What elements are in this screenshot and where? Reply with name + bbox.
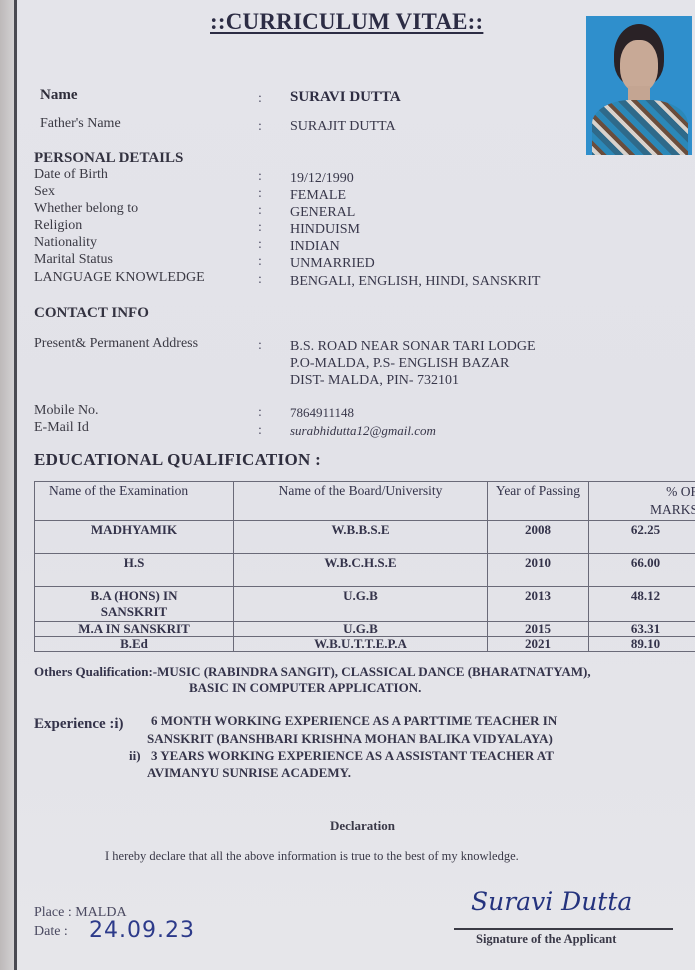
colon: : <box>258 405 262 421</box>
colon: : <box>258 186 262 202</box>
column-header-exam: Name of the Examination <box>35 482 234 521</box>
declaration-text: I hereby declare that all the above info… <box>105 849 519 864</box>
experience-2-line-1: 3 YEARS WORKING EXPERIENCE AS A ASSISTAN… <box>151 748 554 764</box>
cell-year: 2013 <box>488 587 589 622</box>
cell-year: 2010 <box>488 554 589 587</box>
table-row: H.SW.B.C.H.S.E201066.00 <box>35 554 695 587</box>
colon: : <box>258 169 262 185</box>
place-label: Place : <box>34 905 72 920</box>
signature-line <box>454 928 673 930</box>
colon: : <box>258 272 262 288</box>
table-row: B.EdW.B.U.T.T.E.P.A202189.10 <box>35 637 695 652</box>
signature-handwritten: Suravi Dutta <box>471 887 632 916</box>
mobile-value: 7864911148 <box>290 405 354 421</box>
cell-exam: H.S <box>35 554 234 587</box>
colon: : <box>258 237 262 253</box>
address-label: Present& Permanent Address <box>34 336 198 352</box>
cell-year: 2015 <box>488 622 589 637</box>
experience-1-line-1: 6 MONTH WORKING EXPERIENCE AS A PARTTIME… <box>151 713 557 729</box>
table-row: M.A IN SANSKRITU.G.B201563.31 <box>35 622 695 637</box>
colon: : <box>258 91 262 107</box>
cell-marks: 63.31 <box>589 622 695 637</box>
educational-qualification-heading: EDUCATIONAL QUALIFICATION : <box>34 450 321 470</box>
email-label: E-Mail Id <box>34 420 89 436</box>
name-value: SURAVI DUTTA <box>290 89 401 106</box>
address-line-1: B.S. ROAD NEAR SONAR TARI LODGE <box>290 339 536 355</box>
document-title: ::CURRICULUM VITAE:: <box>210 9 483 35</box>
mobile-label: Mobile No. <box>34 403 99 419</box>
address-line-3: DIST- MALDA, PIN- 732101 <box>290 373 459 389</box>
colon: : <box>258 338 262 354</box>
cell-marks: 48.12 <box>589 587 695 622</box>
date-value-handwritten: 24.09.23 <box>89 918 195 943</box>
cell-exam: M.A IN SANSKRIT <box>35 622 234 637</box>
colon: : <box>258 119 262 135</box>
personal-detail-value: BENGALI, ENGLISH, HINDI, SANSKRIT <box>290 274 540 290</box>
date-label: Date : <box>34 924 68 940</box>
cell-board: U.G.B <box>234 622 488 637</box>
experience-label: Experience :i) <box>34 716 124 733</box>
personal-detail-value: FEMALE <box>290 188 346 204</box>
table-row: B.A (HONS) IN SANSKRITU.G.B201348.12 <box>35 587 695 622</box>
personal-detail-label: Nationality <box>34 235 97 251</box>
personal-details-heading: PERSONAL DETAILS <box>34 150 183 167</box>
personal-detail-value: GENERAL <box>290 205 355 221</box>
father-name-label: Father's Name <box>40 116 121 132</box>
personal-detail-label: Sex <box>34 184 55 200</box>
personal-detail-label: Marital Status <box>34 252 113 268</box>
cell-board: W.B.C.H.S.E <box>234 554 488 587</box>
signature-label: Signature of the Applicant <box>476 932 616 947</box>
name-label: Name <box>40 87 78 104</box>
table-header-row: Name of the Examination Name of the Boar… <box>35 482 695 521</box>
others-qualification-line-1: Others Qualification:-MUSIC (RABINDRA SA… <box>34 664 591 680</box>
personal-detail-value: 19/12/1990 <box>290 171 354 187</box>
cell-marks: 66.00 <box>589 554 695 587</box>
column-header-year: Year of Passing <box>488 482 589 521</box>
personal-detail-label: Whether belong to <box>34 201 138 217</box>
personal-detail-label: LANGUAGE KNOWLEDGE <box>34 270 205 286</box>
cell-year: 2021 <box>488 637 589 652</box>
colon: : <box>258 203 262 219</box>
personal-detail-value: HINDUISM <box>290 222 360 238</box>
education-table: Name of the Examination Name of the Boar… <box>34 481 695 652</box>
column-header-marks: % OF MARKS <box>589 482 695 521</box>
cell-exam: B.Ed <box>35 637 234 652</box>
personal-detail-value: INDIAN <box>290 239 340 255</box>
email-value: surabhidutta12@gmail.com <box>290 423 436 439</box>
cell-board: U.G.B <box>234 587 488 622</box>
cell-marks: 89.10 <box>589 637 695 652</box>
experience-2-marker: ii) <box>129 748 141 764</box>
column-header-marks-text: % OF MARKS <box>618 483 695 519</box>
cv-page: ::CURRICULUM VITAE:: Name : SURAVI DUTTA… <box>14 0 695 970</box>
applicant-photo-icon <box>586 16 692 155</box>
colon: : <box>258 254 262 270</box>
contact-info-heading: CONTACT INFO <box>34 305 149 322</box>
experience-2-line-2: AVIMANYU SUNRISE ACADEMY. <box>147 765 351 781</box>
father-name-value: SURAJIT DUTTA <box>290 119 396 135</box>
experience-1-line-2: SANSKRIT (BANSHBARI KRISHNA MOHAN BALIKA… <box>147 731 553 747</box>
personal-detail-label: Date of Birth <box>34 167 108 183</box>
cell-year: 2008 <box>488 521 589 554</box>
declaration-heading: Declaration <box>330 818 395 834</box>
address-line-2: P.O-MALDA, P.S- ENGLISH BAZAR <box>290 356 509 372</box>
cell-exam: MADHYAMIK <box>35 521 234 554</box>
column-header-board: Name of the Board/University <box>234 482 488 521</box>
table-row: MADHYAMIKW.B.B.S.E200862.25 <box>35 521 695 554</box>
personal-detail-value: UNMARRIED <box>290 256 375 272</box>
colon: : <box>258 220 262 236</box>
others-qualification-line-2: BASIC IN COMPUTER APPLICATION. <box>189 680 421 696</box>
personal-detail-label: Religion <box>34 218 82 234</box>
cell-marks: 62.25 <box>589 521 695 554</box>
cell-board: W.B.U.T.T.E.P.A <box>234 637 488 652</box>
cell-exam: B.A (HONS) IN SANSKRIT <box>35 587 234 622</box>
cell-board: W.B.B.S.E <box>234 521 488 554</box>
colon: : <box>258 423 262 439</box>
